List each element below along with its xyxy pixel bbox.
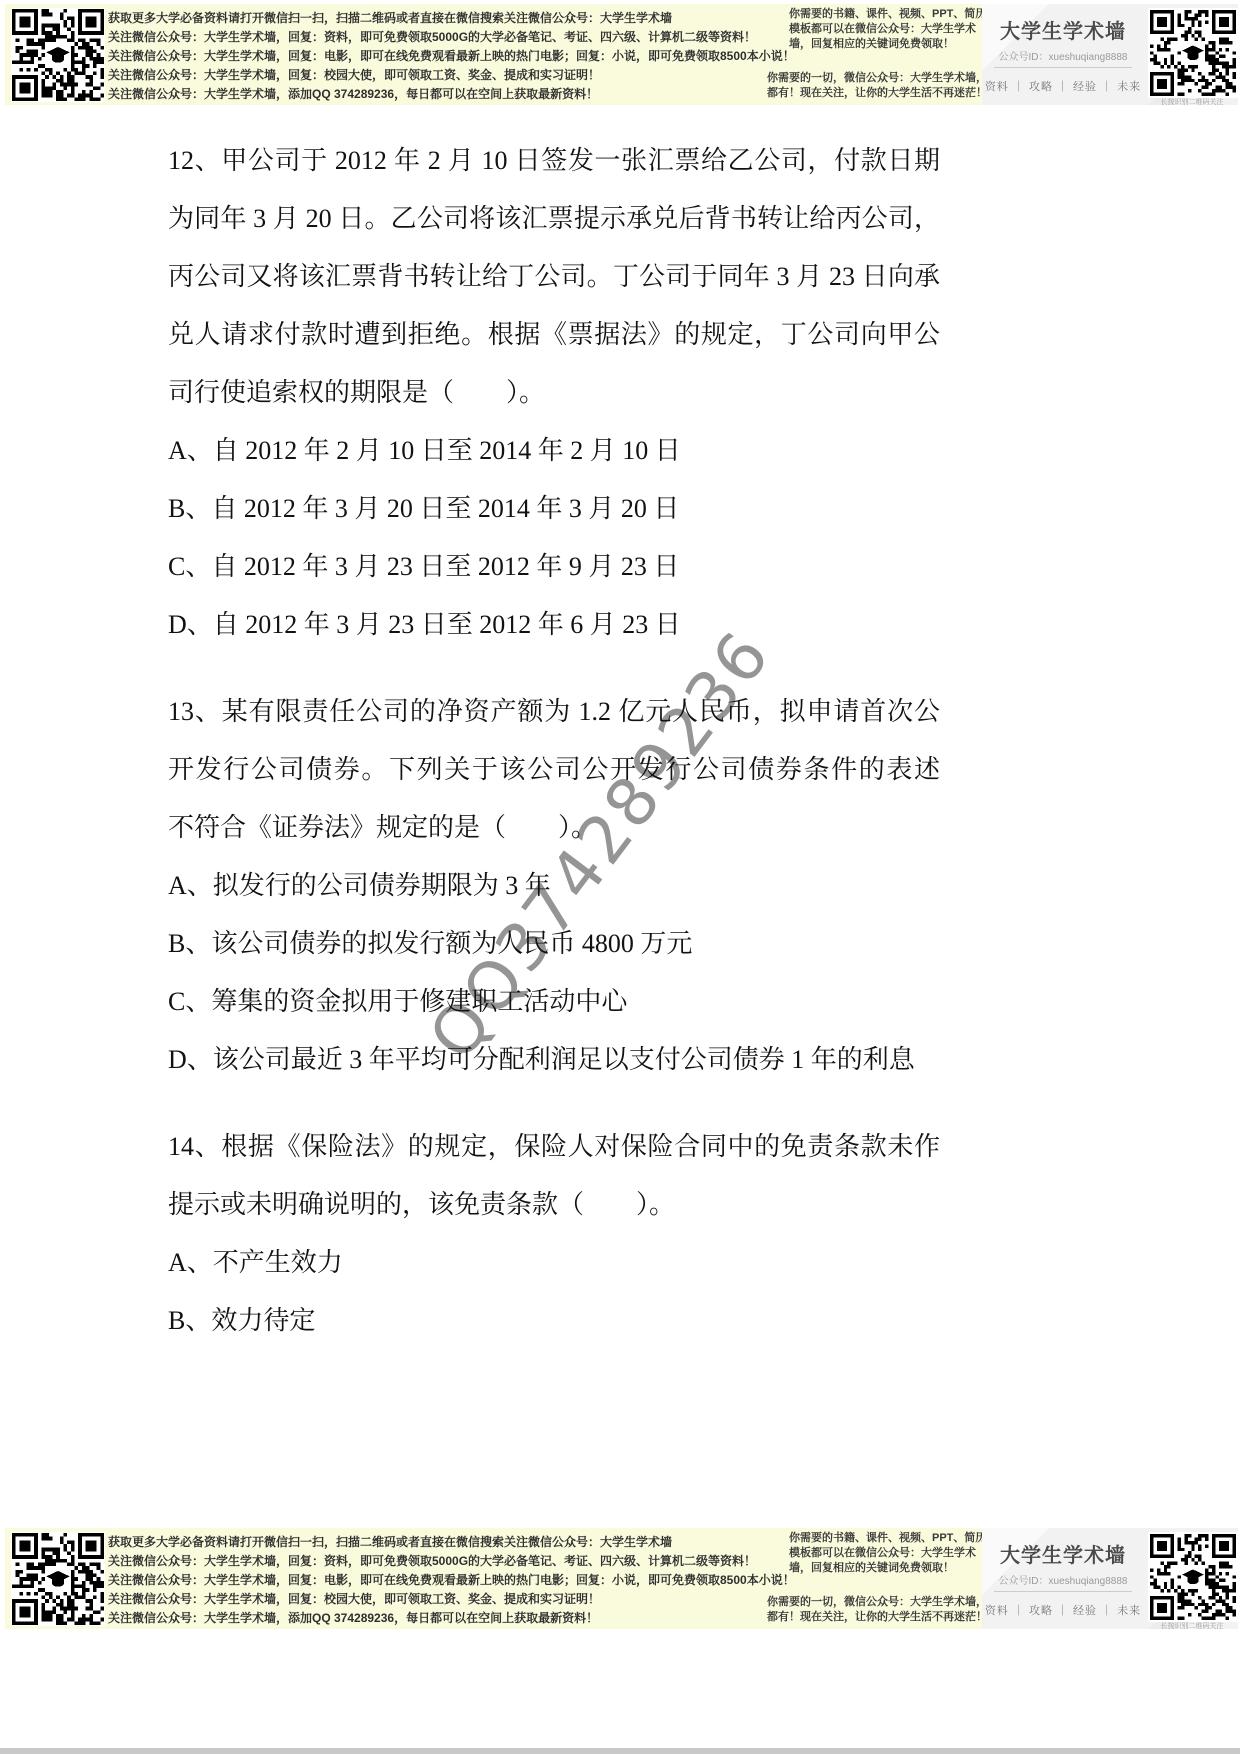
option-b: B、该公司债券的拟发行额为人民币 4800 万元 [168,915,958,973]
question-stem-line: 提示或未明确说明的，该免责条款（ ）。 [168,1176,958,1234]
option-b: B、自 2012 年 3 月 20 日至 2014 年 3 月 20 日 [168,480,958,538]
option-c: C、自 2012 年 3 月 23 日至 2012 年 9 月 23 日 [168,538,958,596]
option-c: C、筹集的资金拟用于修建职工活动中心 [168,973,958,1031]
question-stem-line: 不符合《证券法》规定的是（ ）。 [168,799,958,857]
question-stem-line: 司行使追索权的期限是（ ）。 [168,364,958,422]
question-stem-line: 兑人请求付款时遭到拒绝。根据《票据法》的规定，丁公司向甲公 [168,306,940,364]
question-stem-line: 开发行公司债券。下列关于该公司公开发行公司债券条件的表述中， [168,741,940,799]
question-stem-line: 丙公司又将该汇票背书转让给丁公司。丁公司于同年 3 月 23 日向承 [168,248,940,306]
document-page: 获取更多大学必备资料请打开微信扫一扫，扫描二维码或者直接在微信搜索关注微信公众号… [0,0,1240,1754]
question-stem-line: 为同年 3 月 20 日。乙公司将该汇票提示承兑后背书转让给丙公司， [168,190,940,248]
option-d: D、自 2012 年 3 月 23 日至 2012 年 6 月 23 日 [168,596,958,654]
option-a: A、自 2012 年 2 月 10 日至 2014 年 2 月 10 日 [168,422,958,480]
question-stem-line: 14、根据《保险法》的规定，保险人对保险合同中的免责条款未作 [168,1118,940,1176]
option-d: D、该公司最近 3 年平均可分配利润足以支付公司债券 1 年的利息 [168,1031,958,1089]
question-14: 14、根据《保险法》的规定，保险人对保险合同中的免责条款未作 提示或未明确说明的… [168,1118,958,1350]
option-a: A、拟发行的公司债券期限为 3 年 [168,857,958,915]
page-bottom-edge [0,1748,1240,1754]
option-a: A、不产生效力 [168,1234,958,1292]
document-body: 12、甲公司于 2012 年 2 月 10 日签发一张汇票给乙公司，付款日期 为… [0,0,1240,1754]
question-stem-line: 13、某有限责任公司的净资产额为 1.2 亿元人民币，拟申请首次公 [168,683,940,741]
option-b: B、效力待定 [168,1292,958,1350]
question-13: 13、某有限责任公司的净资产额为 1.2 亿元人民币，拟申请首次公 开发行公司债… [168,683,958,1089]
question-stem-line: 12、甲公司于 2012 年 2 月 10 日签发一张汇票给乙公司，付款日期 [168,132,940,190]
question-12: 12、甲公司于 2012 年 2 月 10 日签发一张汇票给乙公司，付款日期 为… [168,132,958,654]
